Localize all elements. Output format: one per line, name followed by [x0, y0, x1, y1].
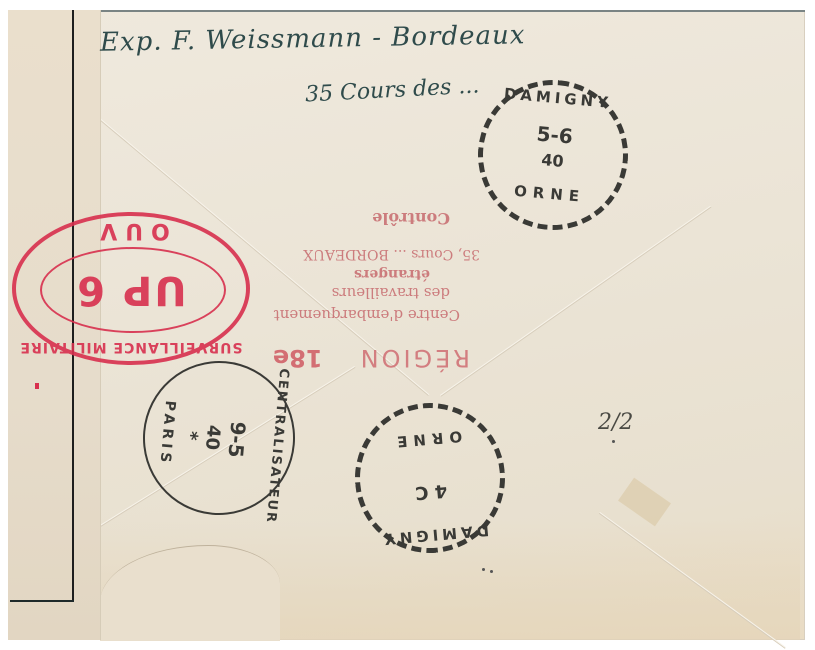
- pencil-dot: [612, 440, 615, 443]
- postmark-damigny-bottom-dept: ORNE: [356, 424, 497, 454]
- control-stamp-line-2: des travailleurs: [332, 284, 450, 302]
- pencil-dot: [482, 568, 485, 571]
- envelope-top-edge: [8, 10, 805, 12]
- postmark-damigny-bottom-date: 4 C: [361, 475, 502, 508]
- control-stamp-line-1: Centre d'embarquement: [274, 306, 460, 324]
- pencil-mark: 2/2: [598, 410, 633, 435]
- postmark-damigny-top-dept: ORNE: [479, 179, 620, 209]
- red-ink-speck: [35, 383, 39, 389]
- censor-strip-border-bottom: [10, 600, 74, 602]
- censor-oval-bottom-text: OUV: [16, 218, 246, 243]
- control-stamp-line-3: étrangers: [354, 266, 430, 282]
- censor-oval-center-text: UP 6: [16, 267, 246, 313]
- control-stamp-region: RÉGION: [358, 344, 470, 372]
- censor-oval-top-text: SURVEILLANCE MILITAIRE: [16, 339, 246, 355]
- control-stamp-line-5: Contrôle: [372, 209, 450, 228]
- censor-oval-stamp: SURVEILLANCE MILITAIRE UP 6 OUV: [12, 212, 250, 365]
- control-stamp-region-line: RÉGION 18e: [273, 344, 470, 372]
- pencil-dot: [490, 570, 493, 573]
- control-stamp-line-4: 35, Cours ... BORDEAUX: [303, 246, 480, 262]
- control-stamp: RÉGION 18e Centre d'embarquement des tra…: [290, 200, 490, 380]
